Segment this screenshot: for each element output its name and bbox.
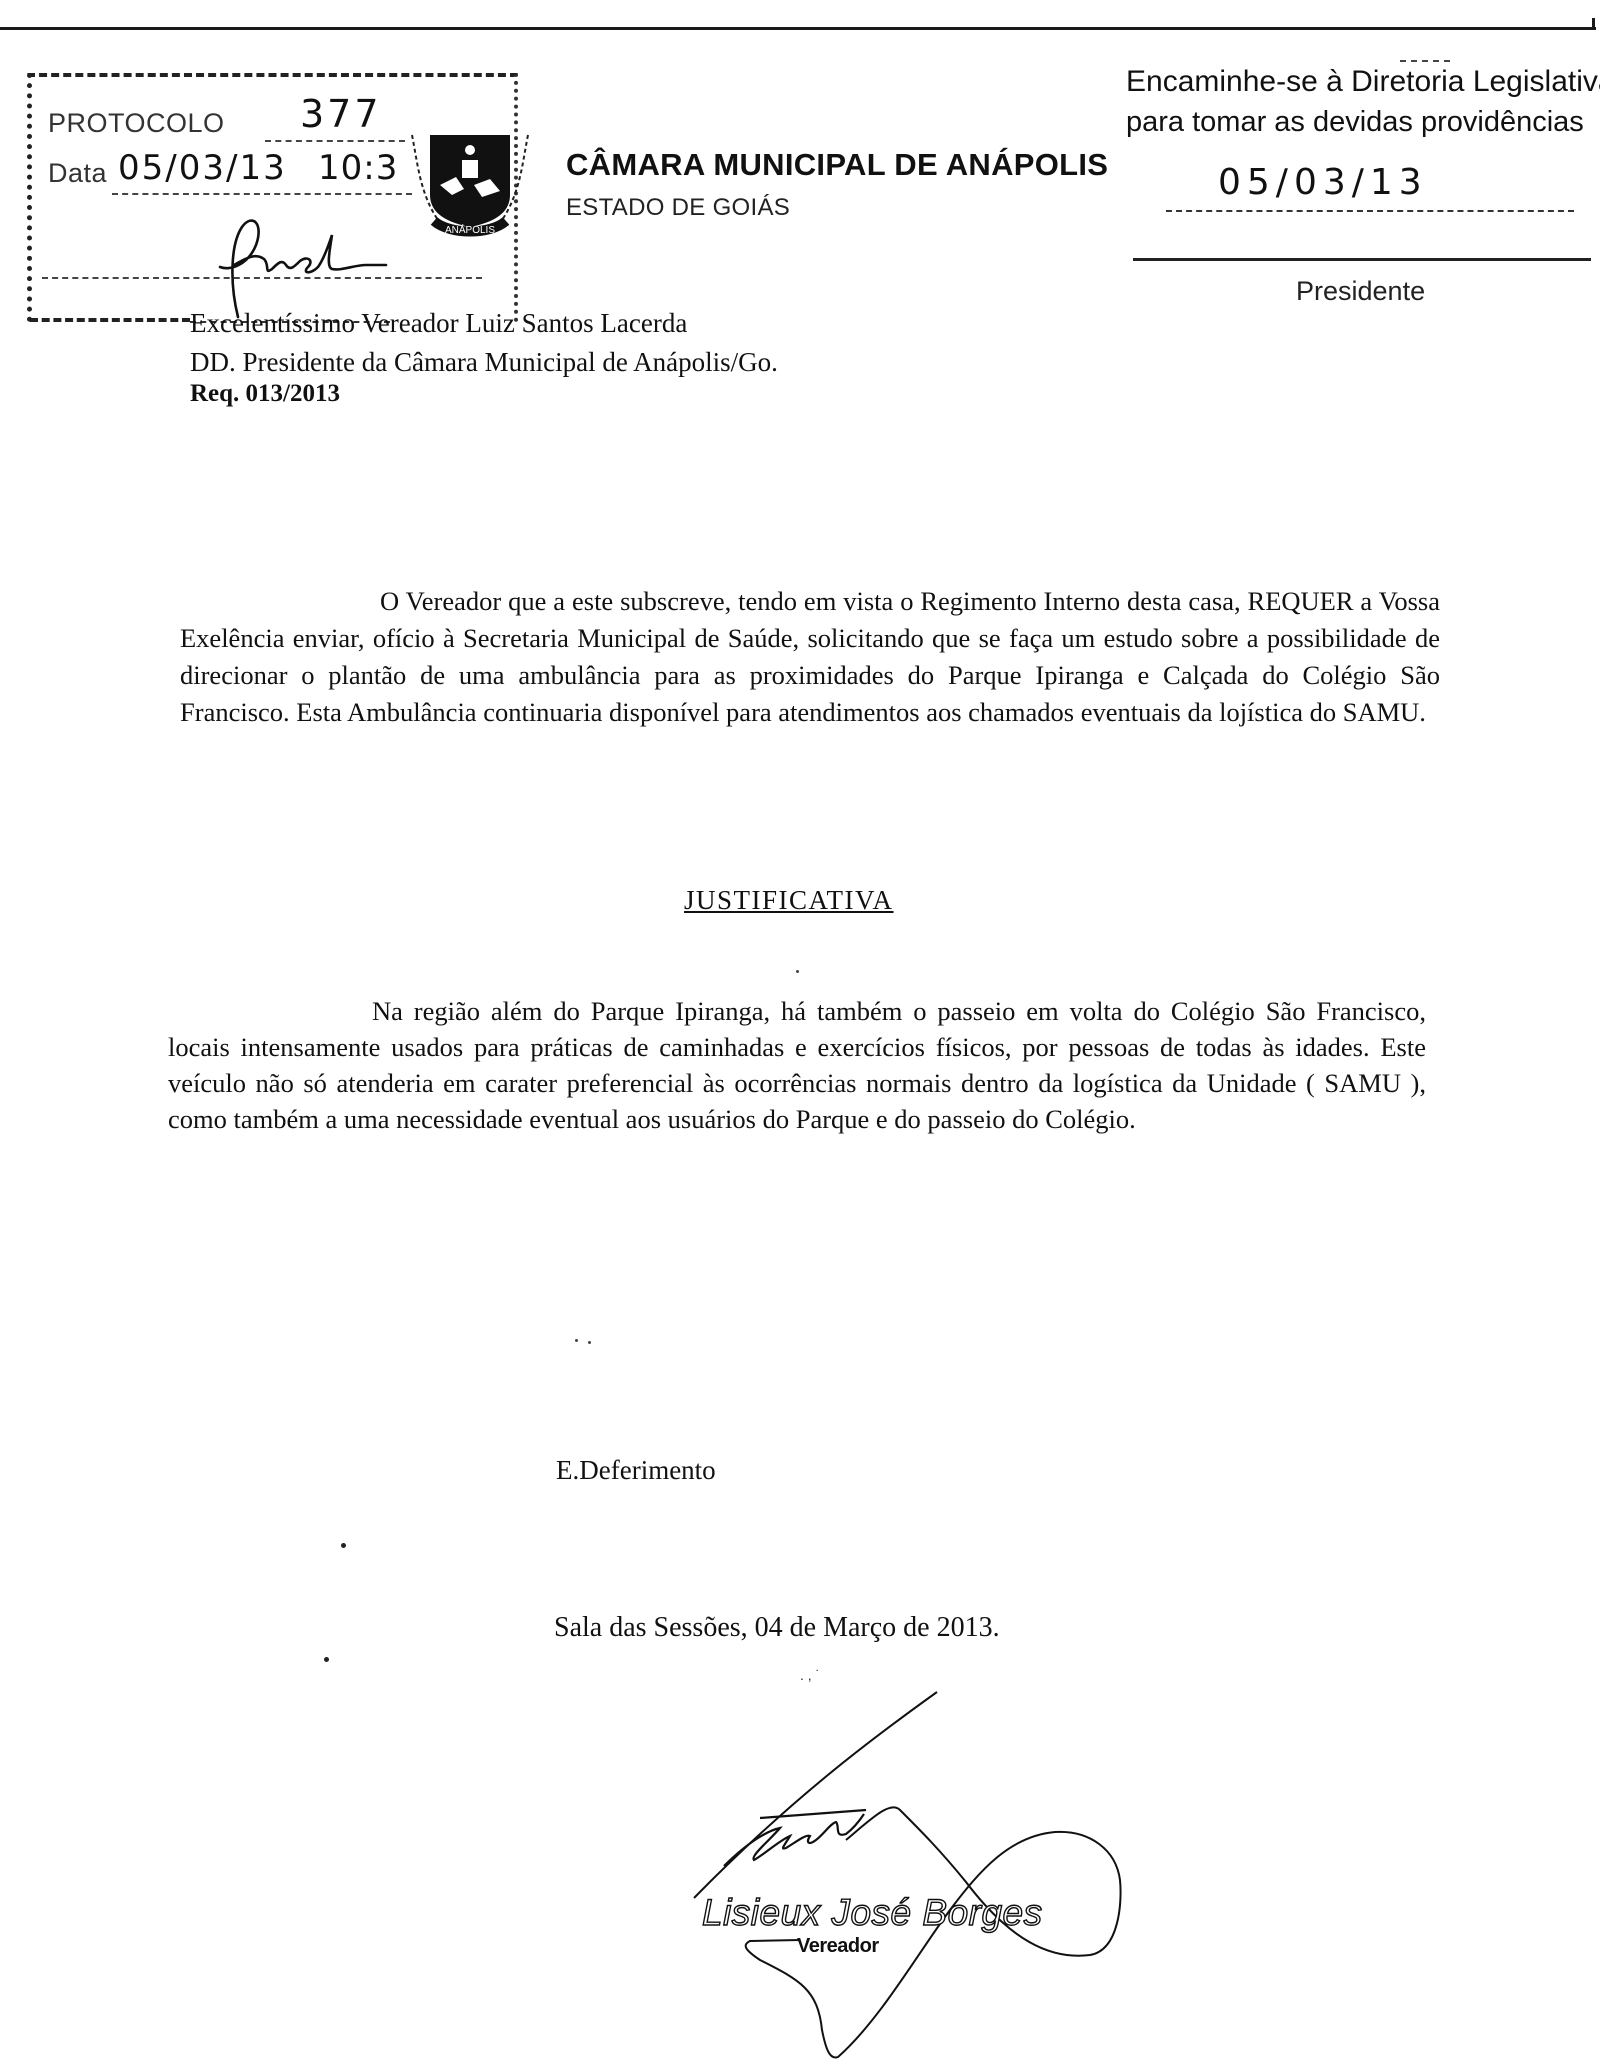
institution-subtitle: ESTADO DE GOIÁS: [566, 194, 790, 222]
dispatch-role-label: Presidente: [1296, 276, 1425, 307]
justification-paragraph-text: Na região além do Parque Ipiranga, há ta…: [168, 996, 1426, 1134]
dispatch-date-line: [1166, 210, 1574, 212]
dispatch-line-1: Encaminhe-se à Diretoria Legislativa: [1126, 62, 1600, 102]
scan-speck: [588, 1341, 591, 1344]
coat-of-arms-ribbon-text: ANÁPOLIS: [445, 223, 495, 236]
addressee-line-2: DD. Presidente da Câmara Municipal de An…: [190, 347, 778, 378]
addressee-line-1: Excelentíssimo Vereador Luiz Santos Lace…: [190, 308, 687, 339]
protocol-label: PROTOCOLO: [48, 108, 225, 139]
protocol-date-value: 05/03/13: [118, 148, 287, 188]
protocol-number-line: [265, 140, 405, 142]
dispatch-line-2: para tomar as devidas providências: [1126, 102, 1600, 142]
scan-speck: [324, 1657, 329, 1662]
coat-of-arms-emblem: ANÁPOLIS: [400, 105, 540, 245]
request-paragraph-text: O Vereador que a este subscreve, tendo e…: [180, 586, 1440, 727]
request-paragraph: O Vereador que a este subscreve, tendo e…: [180, 583, 1440, 731]
top-border-tick: [1592, 18, 1595, 30]
protocol-date-line: [112, 193, 412, 195]
place-and-date: Sala das Sessões, 04 de Março de 2013.: [554, 1612, 1000, 1644]
closing-formula: E.Deferimento: [556, 1455, 716, 1486]
justification-heading: JUSTIFICATIVA: [684, 885, 894, 916]
signer-name: Lisieux José Borges: [702, 1892, 1043, 1934]
scan-speck: [796, 970, 799, 973]
dispatch-date-value: 05/03/13: [1218, 162, 1428, 203]
scan-speck: [341, 1543, 346, 1548]
protocol-number: 377: [300, 92, 382, 136]
scan-speck: [575, 1339, 578, 1342]
signature-speck-marks: . , ˙: [800, 1667, 820, 1683]
protocol-time-value: 10:3: [318, 148, 398, 188]
dispatch-signature-line: [1133, 258, 1591, 261]
top-border-rule: [0, 27, 1596, 30]
institution-title: CÂMARA MUNICIPAL DE ANÁPOLIS: [566, 147, 1108, 183]
request-reference: Req. 013/2013: [190, 380, 340, 408]
dispatch-stamp-text: Encaminhe-se à Diretoria Legislativa par…: [1126, 62, 1600, 142]
protocol-date-label: Data: [48, 158, 107, 189]
councilor-signature: . , ˙: [650, 1650, 1250, 2064]
signer-role: Vereador: [797, 1935, 879, 1958]
protocol-stamp-bottom-edge: [30, 318, 190, 322]
justification-paragraph: Na região além do Parque Ipiranga, há ta…: [168, 993, 1426, 1137]
